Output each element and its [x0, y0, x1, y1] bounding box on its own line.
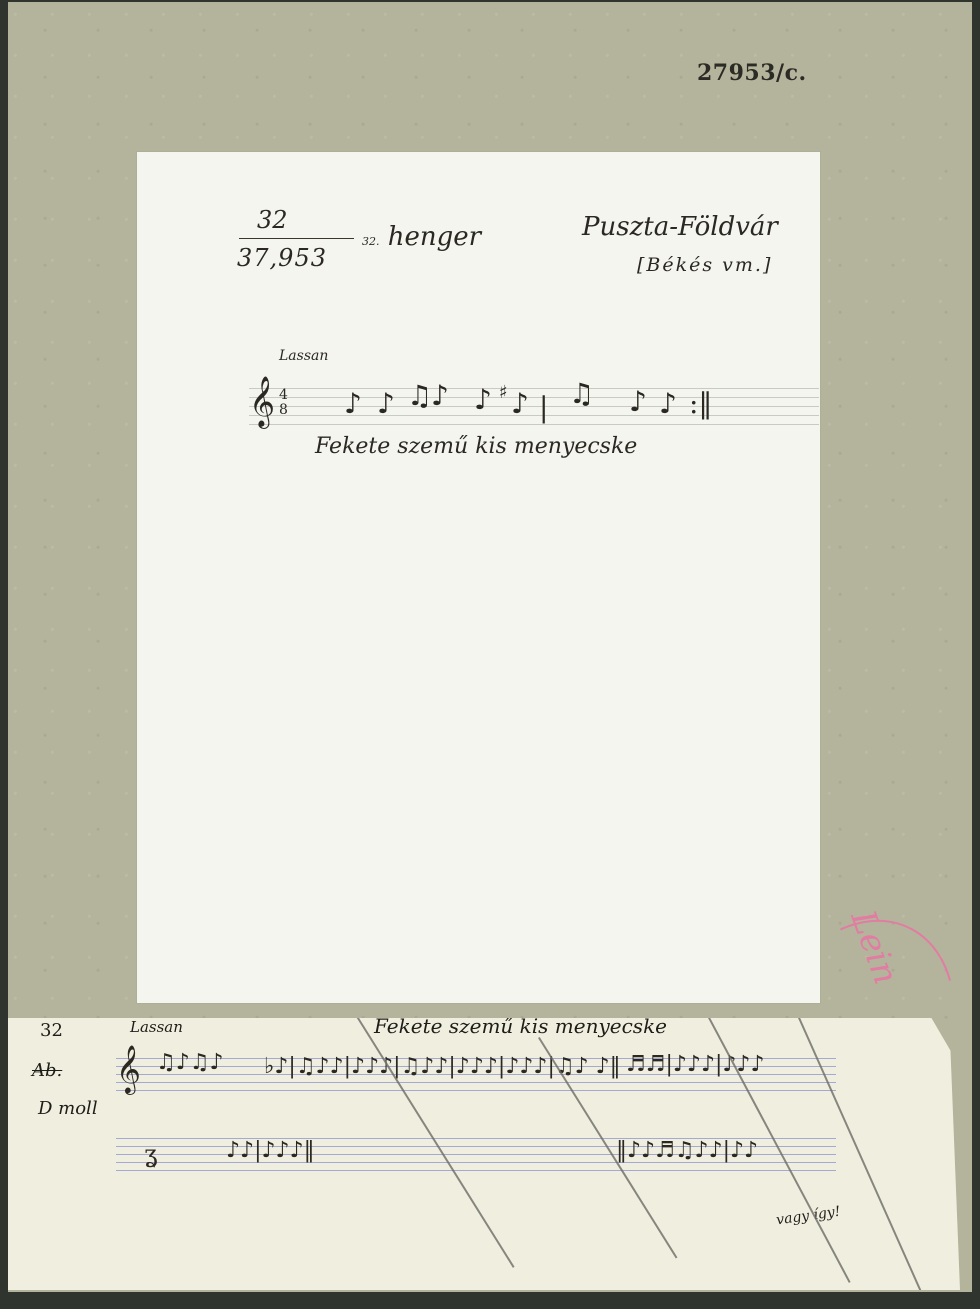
music-staff-upper: 𝄞 ♫♪♫♪ ♭♪|♫♪♪|♪♪♪|♫♪♪|♪♪♪|♪♪♪|♫♪ ♪‖ ♬♬|♪… [116, 1058, 836, 1092]
slip-tempo: Lassan [130, 1018, 183, 1036]
scribble-icon: ʓ [144, 1142, 157, 1166]
fraction-numerator: 32 [257, 206, 288, 234]
key-label: D moll [38, 1098, 98, 1119]
lyrics-line: Fekete szemű kis menyecske [315, 434, 637, 459]
music-staff: 𝄞 48 ♪ ♪ ♫ ♪ ♪ ♯ ♪ | ♫ ♪ ♪ :‖ [249, 388, 819, 428]
crossed-out-mark: Ab. [32, 1060, 62, 1081]
fraction-denominator: 37,953 [237, 244, 327, 272]
cylinder-word: henger [388, 222, 481, 252]
note-icon: ♪ [659, 390, 677, 418]
tempo-marking: Lassan [279, 348, 328, 364]
place-name: Puszta-Földvár [582, 212, 778, 242]
cylinder-label: 32. henger [362, 222, 481, 252]
notes-icon: ‖♪♪♬♫♪♪|♪♪ [616, 1140, 758, 1162]
treble-clef-icon: 𝄞 [249, 380, 275, 424]
treble-clef-icon: 𝄞 [116, 1048, 141, 1090]
music-staff-lower: ʓ ♪♪|♪♪♪‖ ‖♪♪♬♫♪♪|♪♪ [116, 1138, 836, 1172]
note-icon: ♪ [431, 382, 449, 410]
note-icon: ♪ [474, 386, 492, 414]
note-icon: ♪ [629, 388, 647, 416]
sharp-icon: ♯ [499, 384, 508, 402]
note-icon: ♪ [511, 390, 529, 418]
note-icon: ♫ [407, 382, 432, 410]
fraction-line [239, 238, 354, 239]
notes-icon: ♭♪|♫♪♪|♪♪♪|♫♪♪|♪♪♪|♪♪♪|♫♪ ♪‖ [264, 1056, 621, 1078]
note-icon: ♪ [377, 390, 395, 418]
accession-number: 27953/c. [697, 60, 807, 86]
cylinder-number: 32. [362, 235, 380, 248]
barline-icon: | [539, 394, 548, 422]
time-signature: 48 [279, 388, 288, 418]
transcription-card: 32 37,953 32. henger Puszta-Földvár [Bék… [137, 152, 820, 1003]
county-name: [Békés vm.] [637, 254, 772, 276]
crossed-notes-icon: ♬♬|♪♪♪|♪♪♪ [626, 1054, 765, 1076]
note-icon: ♪ [344, 390, 362, 418]
notes-icon: ♪♪|♪♪♪‖ [226, 1140, 315, 1162]
beamed-notes-icon: ♫ [569, 380, 594, 408]
repeat-barline-icon: :‖ [689, 390, 712, 418]
notes-icon: ♫♪♫♪ [156, 1052, 224, 1074]
slip-number: 32 [40, 1020, 63, 1041]
